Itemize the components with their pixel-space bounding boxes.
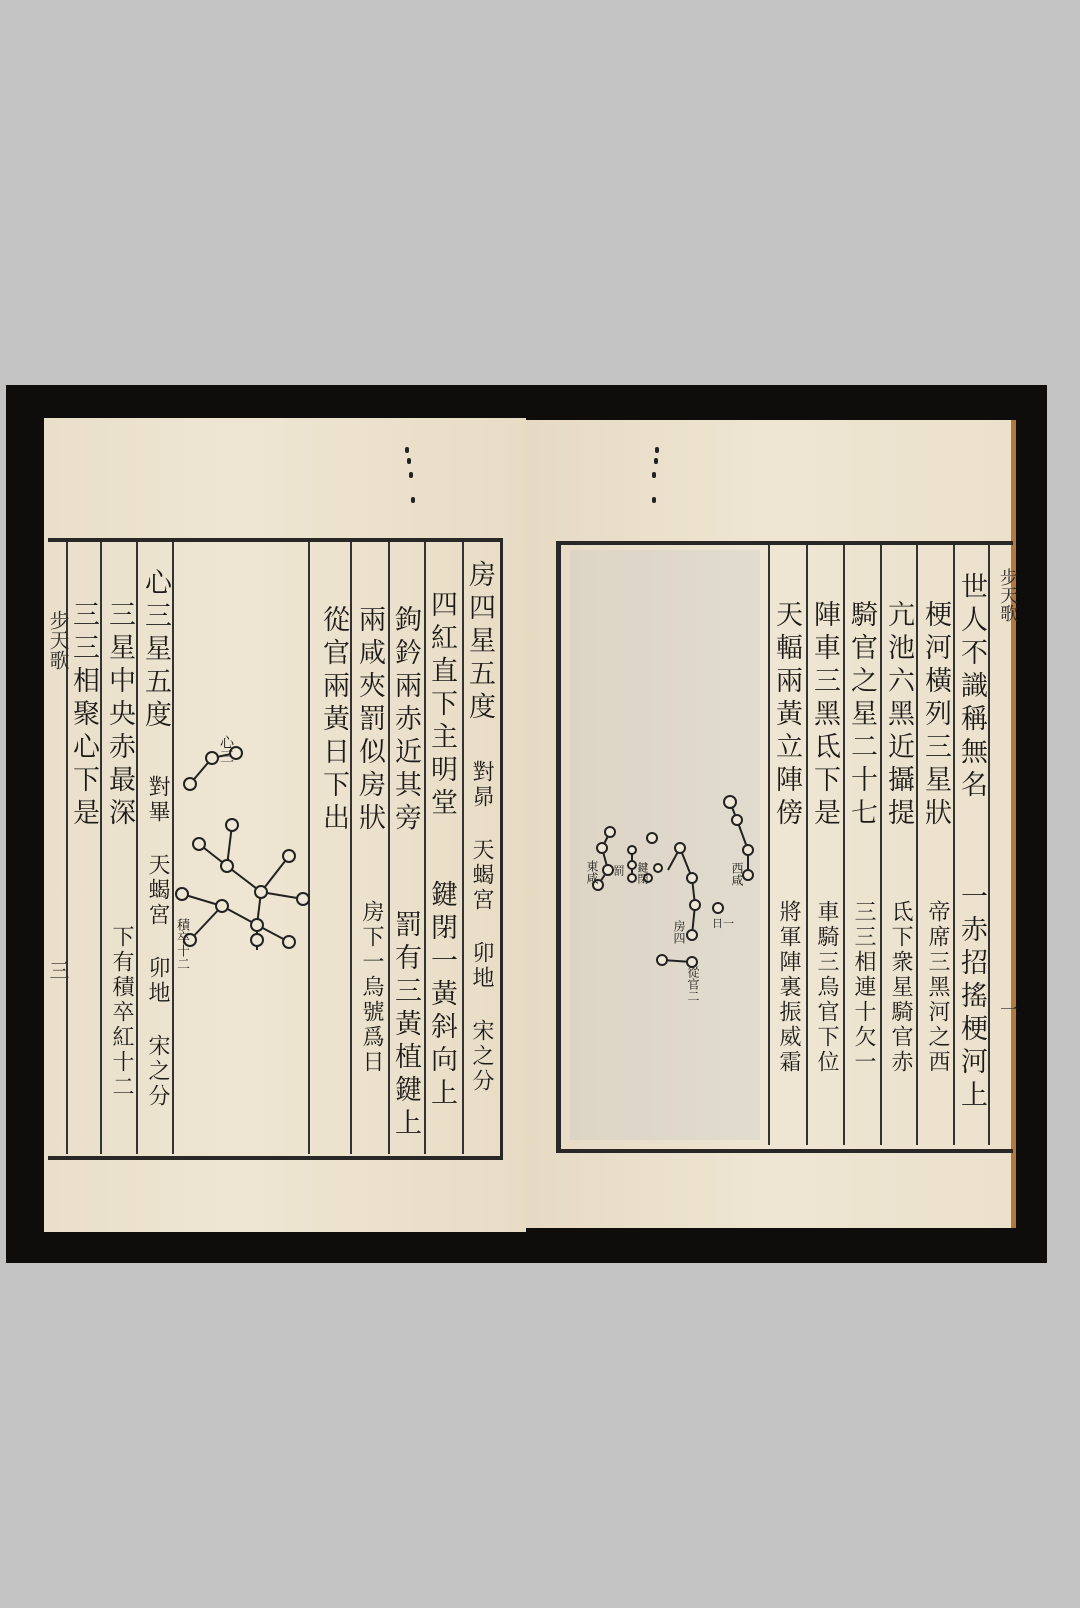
wormhole-mark (409, 472, 413, 478)
column-rule (768, 545, 770, 1145)
text-column: 下有積卒紅十二 (106, 925, 136, 1100)
text-column: 從官兩黃日下出 (318, 605, 348, 836)
text-column: 世人不識稱無名 (956, 572, 986, 803)
text-column: 三星中央赤最深 (104, 600, 134, 831)
diagram-label: 心三 (218, 735, 234, 763)
star-node (242, 930, 272, 960)
text-column: 帝席三黑河之西 (922, 900, 952, 1075)
text-column: 梗河橫列三星狀 (920, 600, 950, 831)
wormhole-mark (652, 472, 656, 478)
text-column: 四紅直下主明堂 (426, 590, 456, 821)
text-column: 天輻兩黃立陣傍 (771, 600, 801, 831)
diagram-label: 日一 (712, 918, 734, 930)
text-column: 兩咸夾罰似房狀 (354, 605, 384, 836)
diagram-label: 罰 (612, 865, 624, 876)
annotation-column: 對昴 天蝎宮 卯地 宋之分 (466, 760, 496, 1160)
wormhole-mark (411, 497, 415, 503)
text-column: 房四星五度 (464, 560, 494, 725)
annotation-column: 對畢 天蝎宮 卯地 宋之分 (142, 775, 172, 1155)
wormhole-mark (407, 458, 411, 464)
text-column: 氐下衆星騎官赤 (885, 900, 915, 1075)
column-rule (880, 545, 882, 1145)
column-rule (350, 542, 352, 1154)
wormhole-mark (654, 458, 658, 464)
wormhole-mark (655, 447, 659, 453)
text-column: 罰有三黃植鍵上 (390, 910, 420, 1141)
text-column: 車騎三烏官下位 (811, 900, 841, 1075)
wormhole-mark (652, 497, 656, 503)
page-number: 三 (44, 960, 73, 980)
column-rule (136, 542, 138, 1154)
column-rule (806, 545, 808, 1145)
text-column: 騎官之星二十七 (846, 600, 876, 831)
star-chart-xin-jizu (172, 720, 312, 950)
wormhole-mark (405, 447, 409, 453)
diagram-label: 西咸 (730, 862, 743, 886)
text-column: 鉤鈐兩赤近其旁 (390, 605, 420, 836)
text-column: 三三相連十欠一 (848, 900, 878, 1075)
diagram-label: 鍵閉 (636, 862, 648, 884)
column-rule (100, 542, 102, 1154)
diagram-label: 從官二 (686, 966, 699, 1002)
column-rule (843, 545, 845, 1145)
text-column: 將軍陣裏振威霜 (773, 900, 803, 1075)
column-rule (953, 545, 955, 1145)
column-rule (916, 545, 918, 1145)
text-column: 陣車三黑氐下是 (809, 600, 839, 831)
text-column: 一赤招搖梗河上 (956, 882, 986, 1113)
margin-title: 步天歌 (994, 568, 1020, 622)
diagram-label: 房四 (672, 920, 685, 944)
text-column: 鍵閉一黃斜向上 (426, 880, 456, 1111)
text-column: 亢池六黑近攝提 (883, 600, 913, 831)
diagram-label: 東咸 (585, 860, 598, 884)
text-column: 房下一烏號爲日 (356, 900, 386, 1075)
text-column: 心三星五度 (140, 568, 170, 733)
page-number: 一 (994, 1000, 1020, 1018)
column-rule (988, 545, 990, 1145)
text-column: 三三相聚心下是 (68, 600, 98, 831)
diagram-label: 積卒十二 (174, 918, 189, 970)
